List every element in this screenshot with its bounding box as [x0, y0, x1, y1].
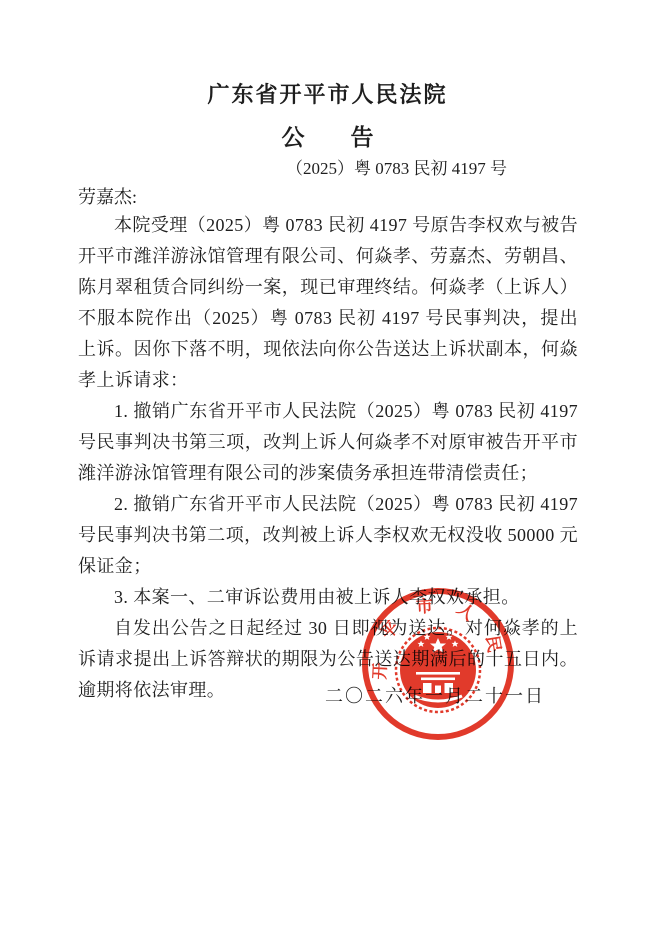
document-body: 劳嘉杰: 本院受理（2025）粤 0783 民初 4197 号原告李权欢与被告开…: [78, 184, 578, 706]
notice-title: 公 告: [0, 125, 655, 151]
court-name-title: 广东省开平市人民法院: [0, 0, 655, 108]
date-line: 二〇二六年一月二十一日: [325, 682, 545, 710]
paragraph-claim-3: 3. 本案一、二审诉讼费用由被上诉人李权欢承担。: [78, 582, 578, 613]
document-page: 广东省开平市人民法院 公 告 （2025）粤 0783 民初 4197 号 劳嘉…: [0, 0, 655, 928]
recipient-name: 劳嘉杰:: [78, 184, 578, 210]
case-number: （2025）粤 0783 民初 4197 号: [0, 158, 655, 180]
paragraph-claim-1: 1. 撤销广东省开平市人民法院（2025）粤 0783 民初 4197 号民事判…: [78, 396, 578, 489]
paragraph-claim-2: 2. 撤销广东省开平市人民法院（2025）粤 0783 民初 4197 号民事判…: [78, 489, 578, 582]
paragraph-intro: 本院受理（2025）粤 0783 民初 4197 号原告李权欢与被告开平市潍洋游…: [78, 210, 578, 396]
